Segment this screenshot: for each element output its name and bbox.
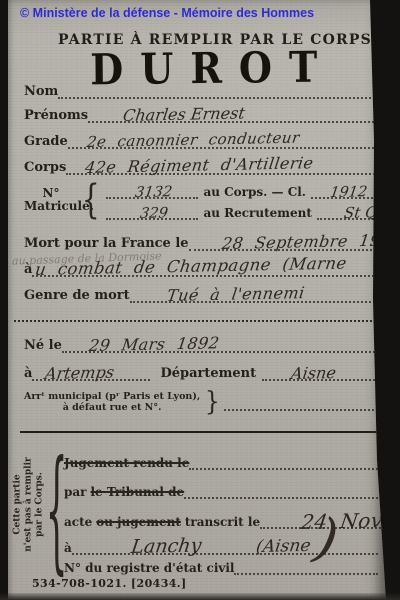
acte-label-suffix: transcrit le — [185, 516, 260, 529]
matricule-brace: { — [82, 180, 100, 220]
commune-value: Artemps — [44, 365, 115, 382]
transcription-date-value: 24 Novembre 1919 — [300, 508, 400, 532]
prenoms-value: Charles Ernest — [122, 105, 246, 124]
matricule-corps-line: 3132 — [106, 183, 198, 200]
registre-label: N° du registre d'état civil — [64, 562, 234, 575]
matricule-recrutement-line: 329 — [106, 204, 198, 221]
genre-mort-label: Genre de mort — [24, 289, 130, 303]
acte-label-struck: ou jugement — [96, 516, 181, 529]
field-lieu-deces: à u combat de Champagne (Marne — [24, 256, 378, 277]
field-arrondissement: Arrᵗ municipal (pʳ Paris et Lyon), à déf… — [24, 389, 378, 415]
dotted-divider — [14, 320, 384, 322]
field-jugement: Jugement rendu le — [64, 449, 378, 470]
grade-label: Grade — [24, 135, 68, 149]
mort-label: Mort pour la France le — [24, 237, 189, 251]
print-reference-code: 534-708-1021. [20434.] — [32, 577, 187, 590]
genre-mort-value: Tué à l'ennemi — [166, 285, 306, 304]
registre-line — [234, 557, 378, 575]
field-corps: Corps 42e Régiment d'Artillerie — [24, 153, 378, 175]
matricule-rows: 3132 au Corps. — Cl. 1912 329 au Recrute… — [103, 180, 400, 220]
record-card: © Ministère de la défense - Mémoire des … — [8, 0, 386, 600]
commune-a-label: à — [24, 367, 32, 381]
matricule-label-line2: Matricule. — [24, 200, 78, 213]
lieu-deces-label: à — [24, 263, 32, 277]
acte-label-prefix: acte — [64, 516, 92, 529]
mort-date-value: 28 Septembre 1918 — [221, 232, 400, 252]
grade-value: 2e canonnier conducteur — [86, 131, 301, 150]
margin-note-line1: Cette partie — [13, 440, 24, 570]
jugement-label: Jugement rendu le — [64, 457, 189, 470]
departement-label: Département — [160, 367, 256, 381]
tribunal-label-prefix: par — [64, 486, 87, 499]
arrondissement-brace: } — [205, 389, 220, 415]
scan-bottom-edge — [0, 593, 400, 600]
matricule-row-recrutement: 329 au Recrutement St Quentin — [106, 201, 400, 220]
solid-divider — [20, 431, 380, 433]
classe-value: 1912 — [329, 185, 368, 200]
naissance-line: 29 Mars 1892 — [62, 329, 378, 353]
departement-value: Aisne — [290, 365, 337, 382]
corps-value: 42e Régiment d'Artillerie — [84, 155, 314, 176]
matricule-row-corps: 3132 au Corps. — Cl. 1912 — [106, 180, 400, 199]
prenoms-label: Prénoms — [24, 109, 88, 123]
mort-line: 28 Septembre 1918 — [189, 227, 400, 251]
lieu-transcription-label: à — [64, 542, 72, 555]
naissance-date-value: 29 Mars 1892 — [88, 335, 220, 354]
lieu-transcription-departement: (Aisne — [255, 538, 312, 556]
lieu-recrutement-value: St Quentin — [343, 204, 400, 221]
lieu-transcription-value: Lanchy — [130, 537, 203, 557]
commune-line: Artemps — [32, 357, 150, 381]
margin-note-line2: n'est pas à remplir — [24, 440, 35, 570]
margin-note-line3: par le Corps. — [35, 440, 46, 570]
nom-label: Nom — [24, 85, 58, 99]
genre-mort-line: Tué à l'ennemi — [130, 279, 378, 303]
tribunal-label-struck: le Tribunal de — [91, 486, 185, 499]
nom-line — [58, 77, 378, 99]
field-nom: Nom — [24, 79, 378, 99]
field-matricule: N° Matricule. { 3132 au Corps. — Cl. 191… — [24, 180, 378, 220]
field-genre-mort: Genre de mort Tué à l'ennemi — [24, 281, 378, 303]
field-grade: Grade 2e canonnier conducteur — [24, 128, 378, 149]
arrondissement-line — [224, 393, 378, 411]
field-naissance: Né le 29 Mars 1892 — [24, 331, 378, 353]
grade-line: 2e canonnier conducteur — [68, 126, 378, 149]
matricule-corps-value: 3132 — [134, 185, 173, 200]
jugement-line — [189, 447, 378, 470]
au-corps-label: au Corps. — Cl. — [203, 186, 306, 199]
field-tribunal: par le Tribunal de — [64, 478, 378, 499]
corps-line: 42e Régiment d'Artillerie — [66, 151, 378, 175]
arrondissement-label-line1: Arrᵗ municipal (pʳ Paris et Lyon), — [24, 391, 200, 402]
scan-page: © Ministère de la défense - Mémoire des … — [0, 0, 400, 600]
lieu-deces-value: u combat de Champagne (Marne — [34, 255, 348, 278]
lieu-recrutement-line: St Quentin — [317, 203, 400, 220]
matricule-label: N° Matricule. — [24, 187, 78, 213]
classe-line: 1912 — [311, 183, 400, 200]
corps-label: Corps — [24, 161, 66, 175]
au-recrutement-label: au Recrutement — [203, 207, 311, 220]
copyright-watermark: © Ministère de la défense - Mémoire des … — [20, 6, 314, 20]
matricule-recrutement-value: 329 — [139, 206, 169, 221]
field-mort: Mort pour la France le 28 Septembre 1918 — [24, 229, 378, 251]
lieu-deces-line: u combat de Champagne (Marne — [32, 254, 378, 277]
rotated-margin-note: Cette partie n'est pas à remplir par le … — [13, 440, 46, 570]
prenoms-line: Charles Ernest — [88, 100, 378, 123]
departement-line: Aisne — [262, 357, 378, 381]
arrondissement-label: Arrᵗ municipal (pʳ Paris et Lyon), à déf… — [24, 391, 200, 413]
field-prenoms: Prénoms Charles Ernest — [24, 102, 378, 123]
field-commune: à Artemps Département Aisne — [24, 359, 378, 381]
field-registre: N° du registre d'état civil — [64, 559, 378, 575]
tribunal-line — [184, 476, 378, 499]
arrondissement-label-line2: à défaut rue et N°. — [24, 402, 200, 413]
ne-le-label: Né le — [24, 339, 62, 353]
